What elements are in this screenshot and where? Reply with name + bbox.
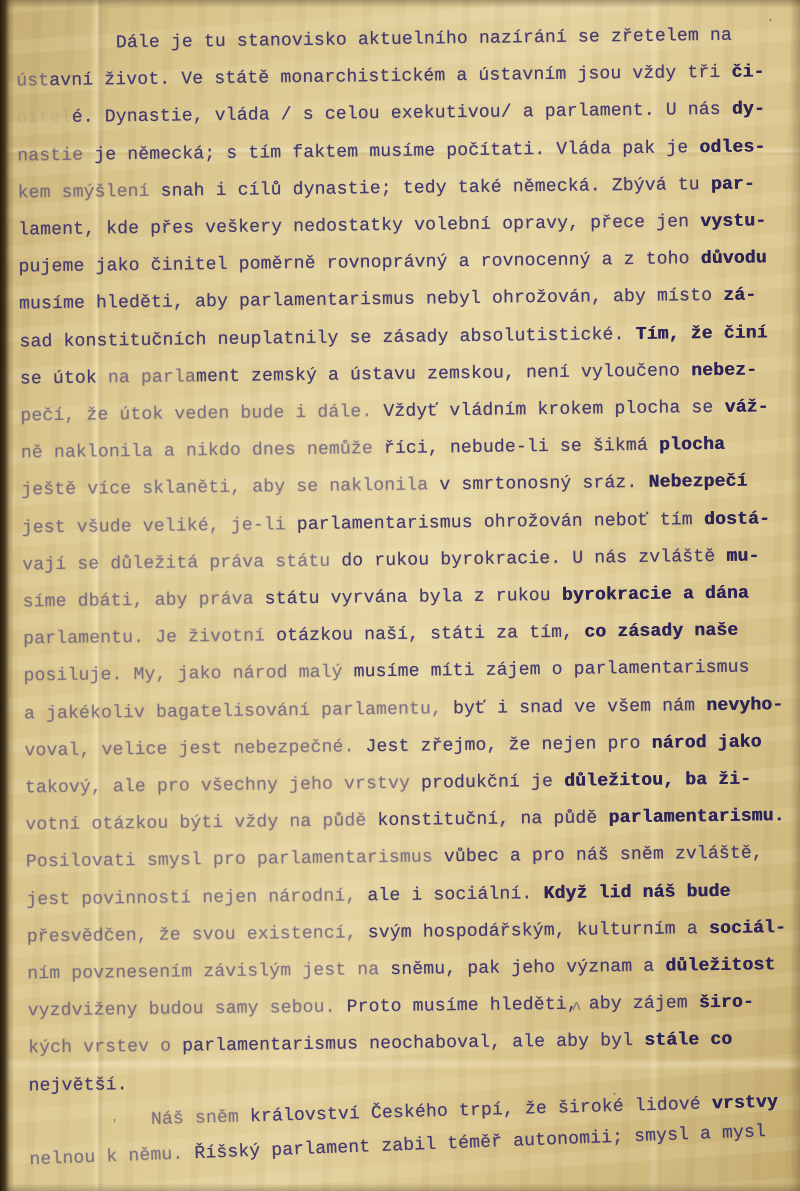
text-segment: byrokracie a dána — [562, 584, 749, 606]
text-segment: snah i cílů dynastie; tedy také německá.… — [161, 175, 711, 202]
text-segment: pečí, že útok veden bude i dále. — [20, 402, 383, 426]
text-segment: musíme míti zájem o parlamentarismus — [354, 658, 750, 683]
text-segment: národ jako — [651, 732, 761, 753]
text-segment: ment zemský a ústavu zemskou, není vylou… — [196, 361, 691, 387]
text-segment: posiluje. My, jako národ malý — [24, 663, 354, 687]
text-segment: ale i sociální. — [367, 884, 543, 906]
text-segment: vrstvy — [712, 1092, 779, 1114]
text-segment: sad konstitučních neuplatnily se zásady … — [19, 325, 635, 353]
text-segment: konstituční, na půdě — [377, 808, 608, 831]
text-segment: lament, kde přes veškery nedostatky vole… — [18, 212, 700, 240]
text-segment: jest všude veliké, je-li — [22, 515, 297, 538]
text-segment: ním povznesením závislým jest na — [27, 960, 390, 984]
text-segment: Jest zřejmo, že nejen pro — [365, 734, 651, 757]
text-segment: parlamentarismus ohrožován neboť tím — [297, 510, 704, 535]
text-segment: přesvědčen, že svou existencí, — [27, 923, 368, 947]
text-segment: takový, ale pro všechny jeho vrstvy — [25, 774, 421, 799]
text-segment: musíme hleděti, aby parlamentarismus neb… — [19, 286, 723, 315]
text-segment: Náš sněm — [151, 1107, 251, 1130]
document-page: Dále je tu stanovisko aktuelního nazírán… — [0, 0, 800, 1191]
text-segment: důležitost — [665, 955, 775, 976]
text-segment: Dále je tu stanovisko aktuelního nazírán… — [116, 26, 732, 54]
page-edge-shadow — [0, 0, 14, 1191]
text-segment: Tím, že činí — [635, 323, 767, 345]
text-segment: ně naklonila a nikdo dnes nemůže — [21, 439, 384, 463]
text-segment: nelnou k němu. — [29, 1144, 195, 1170]
text-segment: dy- — [732, 100, 765, 120]
text-segment: parlamentarismus neochaboval, ale aby by… — [182, 1031, 644, 1057]
text-segment: na parla — [108, 367, 196, 388]
text-segment: státu vyrvána byla z rukou — [265, 586, 562, 610]
text-segment: parlamentarismu. — [608, 806, 784, 828]
text-segment: do rukou byrokracie. U nás zvláště — [341, 547, 726, 572]
text-segment: dostá- — [704, 509, 770, 530]
text-segment: jest povinností nejen národní, — [26, 886, 367, 910]
text-segment: avní život. Ve státě monarchistickém a ú… — [49, 63, 731, 91]
text-segment: nevyho- — [706, 695, 783, 716]
text-segment: zá- — [723, 286, 756, 306]
text-segment: síme dbáti, aby práva — [23, 589, 265, 612]
text-segment: Proto musíme hleděti, aby zájem — [347, 993, 699, 1017]
text-segment: kých vrstev o — [28, 1037, 182, 1059]
text-segment: nastie — [17, 145, 94, 166]
text-segment: ještě více sklaněti, aby se naklonila — [21, 476, 439, 501]
text-segment: Posilovati smysl pro parlamentarismus — [26, 848, 444, 873]
text-segment: pujeme jako činitel poměrně rovnoprávný … — [19, 249, 701, 277]
text-segment: otázkou naší, státi za tím, — [276, 623, 584, 647]
text-segment: é. Dynastie, vláda / s celou exekutivou/… — [72, 100, 732, 128]
text-segment: a jakékoliv bagatelisování parlamentu, — [24, 699, 453, 724]
text-segment: vají se důležitá práva státu — [22, 551, 341, 575]
text-segment: parlamentu. Je životní — [23, 627, 276, 650]
text-segment: důvodu — [701, 249, 767, 270]
text-segment: stále co — [644, 1030, 732, 1051]
text-segment: co zásady naše — [584, 621, 738, 643]
text-segment: úst — [16, 71, 49, 91]
text-segment: sociál- — [709, 918, 786, 939]
text-line: kých vrstev o parlamentarismus neochabov… — [28, 1022, 733, 1068]
text-line: největší. — [28, 1067, 127, 1105]
text-segment: par- — [711, 174, 755, 195]
text-segment: sněmu, pak jeho význam a — [390, 957, 665, 980]
text-segment: kem smýšlení — [18, 182, 161, 204]
text-segment: nitel — [17, 108, 72, 129]
text-segment: svým hospodářským, kulturním a — [368, 919, 709, 943]
text-segment: největší. — [29, 1075, 128, 1096]
text-segment: vůbec a pro náš sněm zvláště, — [444, 844, 763, 868]
text-segment: mu- — [726, 546, 759, 566]
text-segment: votní otázkou býti vždy na půdě — [25, 811, 377, 835]
page-edge-shadow — [0, 1183, 800, 1191]
text-segment: váž- — [724, 397, 768, 418]
text-segment: plocha — [659, 435, 725, 456]
text-segment: je německá; s tím faktem musíme počítati… — [94, 138, 699, 165]
text-segment: Vždyť vládním krokem plocha se — [383, 398, 724, 422]
page-edge-shadow — [0, 0, 800, 8]
text-segment: voval, velice jest nebezpečné. — [24, 737, 365, 761]
text-segment: vyzdviženy budou samy sebou. — [28, 998, 347, 1022]
text-segment: vystu- — [700, 211, 766, 232]
text-segment: se útok — [20, 368, 108, 389]
text-segment: Když lid náš bude — [543, 881, 730, 903]
text-segment: byť i snad ve všem nám — [453, 696, 706, 719]
text-segment: odles- — [699, 137, 765, 158]
text-segment: či- — [731, 63, 764, 83]
text-segment: důležitou, ba ži- — [564, 770, 751, 792]
typewritten-text-block: Dále je tu stanovisko aktuelního nazírán… — [16, 13, 796, 1182]
text-segment: produkční je — [421, 772, 564, 794]
text-segment: Nebezpečí — [648, 472, 747, 493]
text-segment: říci, nebude-li se šikmá — [384, 436, 659, 459]
text-segment: v smrtonosný sráz. — [439, 473, 648, 496]
text-segment: širo- — [699, 993, 754, 1014]
text-segment: nebez- — [691, 360, 757, 381]
